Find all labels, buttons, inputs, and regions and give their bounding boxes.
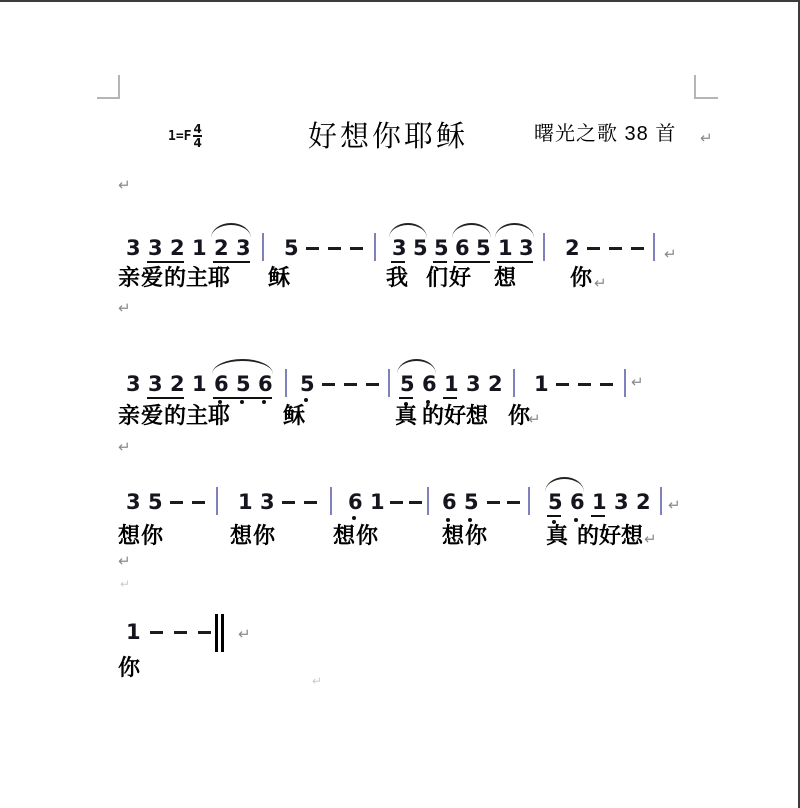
beam-underline <box>147 261 184 263</box>
octave-dot <box>468 518 472 522</box>
note-digit: 6 <box>422 374 437 394</box>
paragraph-mark-icon: ↵ <box>118 178 131 193</box>
barline <box>660 487 662 515</box>
lyric-syllable: 想 <box>118 524 140 548</box>
note-digit: 5 <box>464 492 479 512</box>
lyric-syllable: 你 <box>141 524 163 548</box>
note-digit: 5 <box>548 492 563 512</box>
barline <box>624 369 626 397</box>
barline <box>543 233 545 261</box>
lyric-syllable: 好 <box>444 404 466 428</box>
note-digit: 1 <box>126 622 141 642</box>
note-digit: 5 <box>476 238 491 258</box>
note-digit: 5 <box>236 374 251 394</box>
duration-dash <box>600 383 613 386</box>
duration-dash <box>578 383 591 386</box>
note-digit: 1 <box>192 238 207 258</box>
lyric-syllable: 的 <box>577 524 599 548</box>
octave-dot <box>574 518 578 522</box>
note-digit: 3 <box>126 238 141 258</box>
barline <box>262 233 264 261</box>
note-digit: 5 <box>300 374 315 394</box>
lyric-syllable: 真 <box>395 404 417 428</box>
paragraph-mark-icon: ↵ <box>644 532 657 547</box>
paragraph-mark-icon: ↵ <box>118 440 131 455</box>
paragraph-mark-icon: ↵ <box>631 375 644 390</box>
duration-dash <box>174 631 187 634</box>
duration-dash <box>587 247 600 250</box>
lyric-syllable: 想 <box>333 524 355 548</box>
duration-dash <box>556 383 569 386</box>
duration-dash <box>350 247 363 250</box>
note-digit: 2 <box>488 374 503 394</box>
note-digit: 2 <box>170 374 185 394</box>
lyric-syllable: 想 <box>442 524 464 548</box>
margin-corner-mark-top-left-h <box>97 97 120 99</box>
octave-dot <box>240 400 244 404</box>
lyric-syllable: 想 <box>230 524 252 548</box>
margin-corner-mark-top-right-h <box>694 97 718 99</box>
note-digit: 3 <box>148 374 163 394</box>
note-digit: 6 <box>455 238 470 258</box>
lyric-syllable: 们 <box>426 266 448 290</box>
paragraph-mark-icon: ↵ <box>118 301 131 316</box>
paragraph-mark-icon: ↵ <box>118 554 131 569</box>
lyric-syllable: 稣 <box>283 404 305 428</box>
paragraph-mark-icon: ↵ <box>528 412 541 427</box>
duration-dash <box>304 501 317 504</box>
time-signature-numerator: 4 <box>193 123 201 135</box>
octave-dot <box>304 398 308 402</box>
lyric-syllable: 耶 <box>208 266 230 290</box>
duration-dash <box>487 501 500 504</box>
octave-dot <box>262 400 266 404</box>
note-digit: 2 <box>214 238 229 258</box>
duration-dash <box>507 501 520 504</box>
beam-underline <box>433 261 447 263</box>
duration-dash <box>631 247 644 250</box>
lyric-syllable: 想 <box>494 266 516 290</box>
lyric-syllable: 好 <box>449 266 471 290</box>
duration-dash <box>198 631 211 634</box>
document-page[interactable]: 1=F 4 4 好想你耶稣 曙光之歌 38 首 332123535565132↵… <box>0 0 800 808</box>
beam-underline <box>497 261 533 263</box>
beam-underline <box>391 261 405 263</box>
duration-dash <box>609 247 622 250</box>
duration-dash <box>282 501 295 504</box>
final-barline <box>215 614 218 652</box>
barline <box>330 487 332 515</box>
duration-dash <box>390 501 403 504</box>
lyric-syllable: 爱 <box>141 266 163 290</box>
duration-dash <box>322 383 335 386</box>
note-digit: 2 <box>565 238 580 258</box>
time-signature-denominator: 4 <box>193 135 201 149</box>
barline <box>285 369 287 397</box>
paragraph-mark-icon: ↵ <box>238 627 251 642</box>
octave-dot <box>446 518 450 522</box>
lyric-syllable: 好 <box>599 524 621 548</box>
barline <box>528 487 530 515</box>
note-digit: 3 <box>260 492 275 512</box>
note-digit: 3 <box>126 492 141 512</box>
note-digit: 5 <box>434 238 449 258</box>
lyric-syllable: 你 <box>570 266 592 290</box>
note-digit: 3 <box>126 374 141 394</box>
beam-underline <box>591 515 605 517</box>
beam-underline <box>443 397 457 399</box>
final-barline <box>221 614 224 652</box>
note-digit: 5 <box>413 238 428 258</box>
barline <box>427 487 429 515</box>
note-digit: 3 <box>236 238 251 258</box>
note-digit: 1 <box>498 238 513 258</box>
note-digit: 6 <box>348 492 363 512</box>
margin-corner-mark-top-left-v <box>118 75 120 99</box>
lyric-syllable: 亲 <box>118 404 140 428</box>
lyric-syllable: 主 <box>186 404 208 428</box>
note-digit: 1 <box>238 492 253 512</box>
song-title: 好想你耶稣 <box>308 114 468 155</box>
beam-underline <box>454 261 490 263</box>
lyric-syllable: 想 <box>621 524 643 548</box>
lyric-syllable: 爱 <box>141 404 163 428</box>
barline <box>653 233 655 261</box>
lyric-syllable: 我 <box>386 266 408 290</box>
barline <box>216 487 218 515</box>
barline <box>374 233 376 261</box>
paragraph-mark-icon: ↵ <box>312 674 322 689</box>
note-digit: 5 <box>148 492 163 512</box>
note-digit: 1 <box>444 374 459 394</box>
paragraph-mark-icon: ↵ <box>700 131 713 146</box>
key-signature: 1=F 4 4 <box>168 123 202 149</box>
note-digit: 6 <box>258 374 273 394</box>
lyric-syllable: 你 <box>356 524 378 548</box>
lyric-syllable: 的 <box>422 404 444 428</box>
note-digit: 2 <box>170 238 185 258</box>
note-digit: 5 <box>284 238 299 258</box>
lyric-syllable: 你 <box>118 656 140 680</box>
key-signature-prefix: 1=F <box>168 129 191 144</box>
duration-dash <box>328 247 341 250</box>
lyric-syllable: 你 <box>465 524 487 548</box>
duration-dash <box>366 383 379 386</box>
note-digit: 6 <box>570 492 585 512</box>
paragraph-mark-icon: ↵ <box>668 498 681 513</box>
time-signature-fraction: 4 4 <box>193 123 201 149</box>
note-digit: 6 <box>214 374 229 394</box>
margin-corner-mark-top-right-v <box>694 75 696 99</box>
lyric-syllable: 你 <box>253 524 275 548</box>
barline <box>513 369 515 397</box>
lyric-syllable: 亲 <box>118 266 140 290</box>
note-digit: 1 <box>192 374 207 394</box>
lyric-syllable: 你 <box>508 404 530 428</box>
note-digit: 1 <box>592 492 607 512</box>
duration-dash <box>170 501 183 504</box>
beam-underline <box>399 397 413 399</box>
beam-underline <box>547 515 561 517</box>
octave-dot <box>352 516 356 520</box>
barline <box>388 369 390 397</box>
note-digit: 3 <box>614 492 629 512</box>
lyric-syllable: 主 <box>186 266 208 290</box>
note-digit: 3 <box>148 238 163 258</box>
note-digit: 3 <box>519 238 534 258</box>
note-digit: 2 <box>636 492 651 512</box>
duration-dash <box>150 631 163 634</box>
lyric-syllable: 想 <box>466 404 488 428</box>
note-digit: 1 <box>370 492 385 512</box>
beam-underline <box>147 397 184 399</box>
collection-label: 曙光之歌 38 首 <box>534 117 676 146</box>
duration-dash <box>306 247 319 250</box>
note-digit: 3 <box>466 374 481 394</box>
beam-underline <box>213 261 250 263</box>
note-digit: 1 <box>534 374 549 394</box>
note-digit: 5 <box>400 374 415 394</box>
lyric-syllable: 的 <box>164 266 186 290</box>
duration-dash <box>409 501 422 504</box>
paragraph-mark-icon: ↵ <box>594 276 607 291</box>
lyric-syllable: 的 <box>164 404 186 428</box>
paragraph-mark-icon: ↵ <box>120 577 130 592</box>
lyric-syllable: 稣 <box>268 266 290 290</box>
paragraph-mark-icon: ↵ <box>664 247 677 262</box>
lyric-syllable: 耶 <box>208 404 230 428</box>
duration-dash <box>344 383 357 386</box>
note-digit: 3 <box>392 238 407 258</box>
lyric-syllable: 真 <box>546 524 568 548</box>
note-digit: 6 <box>442 492 457 512</box>
duration-dash <box>192 501 205 504</box>
beam-underline <box>213 397 272 399</box>
